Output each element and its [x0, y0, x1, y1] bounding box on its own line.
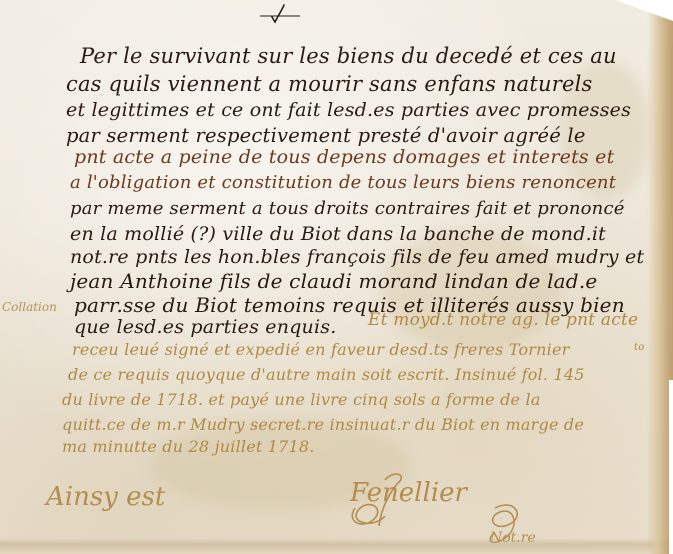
text-line-2: cas quils viennent a mourir sans enfans …	[66, 72, 593, 96]
faded-line-1: Et moyd.t notre ag. le pnt acte	[368, 310, 638, 330]
folio-superscript: to	[634, 342, 644, 353]
text-line-4: par serment respectivement presté d'avoi…	[66, 124, 586, 147]
torn-corner	[613, 0, 673, 30]
paper-fold	[0, 538, 673, 554]
margin-note-collation: Collation	[2, 300, 57, 314]
faded-line-2: receu leué signé et expedié en faveur de…	[72, 340, 569, 359]
text-line-9: not.re pnts les hon.bles françois fils d…	[70, 246, 644, 268]
faded-line-5: quitt.ce de m.r Mudry secret.re insinuat…	[62, 415, 584, 434]
text-line-12: que lesd.es parties enquis.	[74, 316, 336, 338]
text-line-6: a l'obligation et constitution de tous l…	[70, 172, 616, 193]
text-line-8: en la mollié (?) ville du Biot dans la b…	[70, 223, 606, 245]
faded-line-6: ma minutte du 28 juillet 1718.	[62, 437, 315, 456]
page-number-mark	[258, 2, 302, 24]
faded-line-3: de ce requis quoyque d'autre main soit e…	[68, 365, 585, 384]
text-line-5: pnt acte a peine de tous depens domages …	[74, 146, 614, 168]
text-line-3: et legittimes et ce ont fait lesd.es par…	[66, 99, 631, 121]
faded-line-4: du livre de 1718. et payé une livre cinq…	[62, 390, 541, 409]
signature-right: Fenellier	[350, 478, 467, 508]
text-line-7: par meme serment a tous droits contraire…	[70, 198, 625, 219]
manuscript-page: Per le survivant sur les biens du decedé…	[0, 0, 673, 554]
signature-left: Ainsy est	[46, 482, 165, 512]
text-line-1: Per le survivant sur les biens du decedé…	[80, 44, 617, 68]
text-line-10: jean Anthoine fils de claudi morand lind…	[70, 269, 597, 293]
scan-border	[669, 380, 673, 554]
